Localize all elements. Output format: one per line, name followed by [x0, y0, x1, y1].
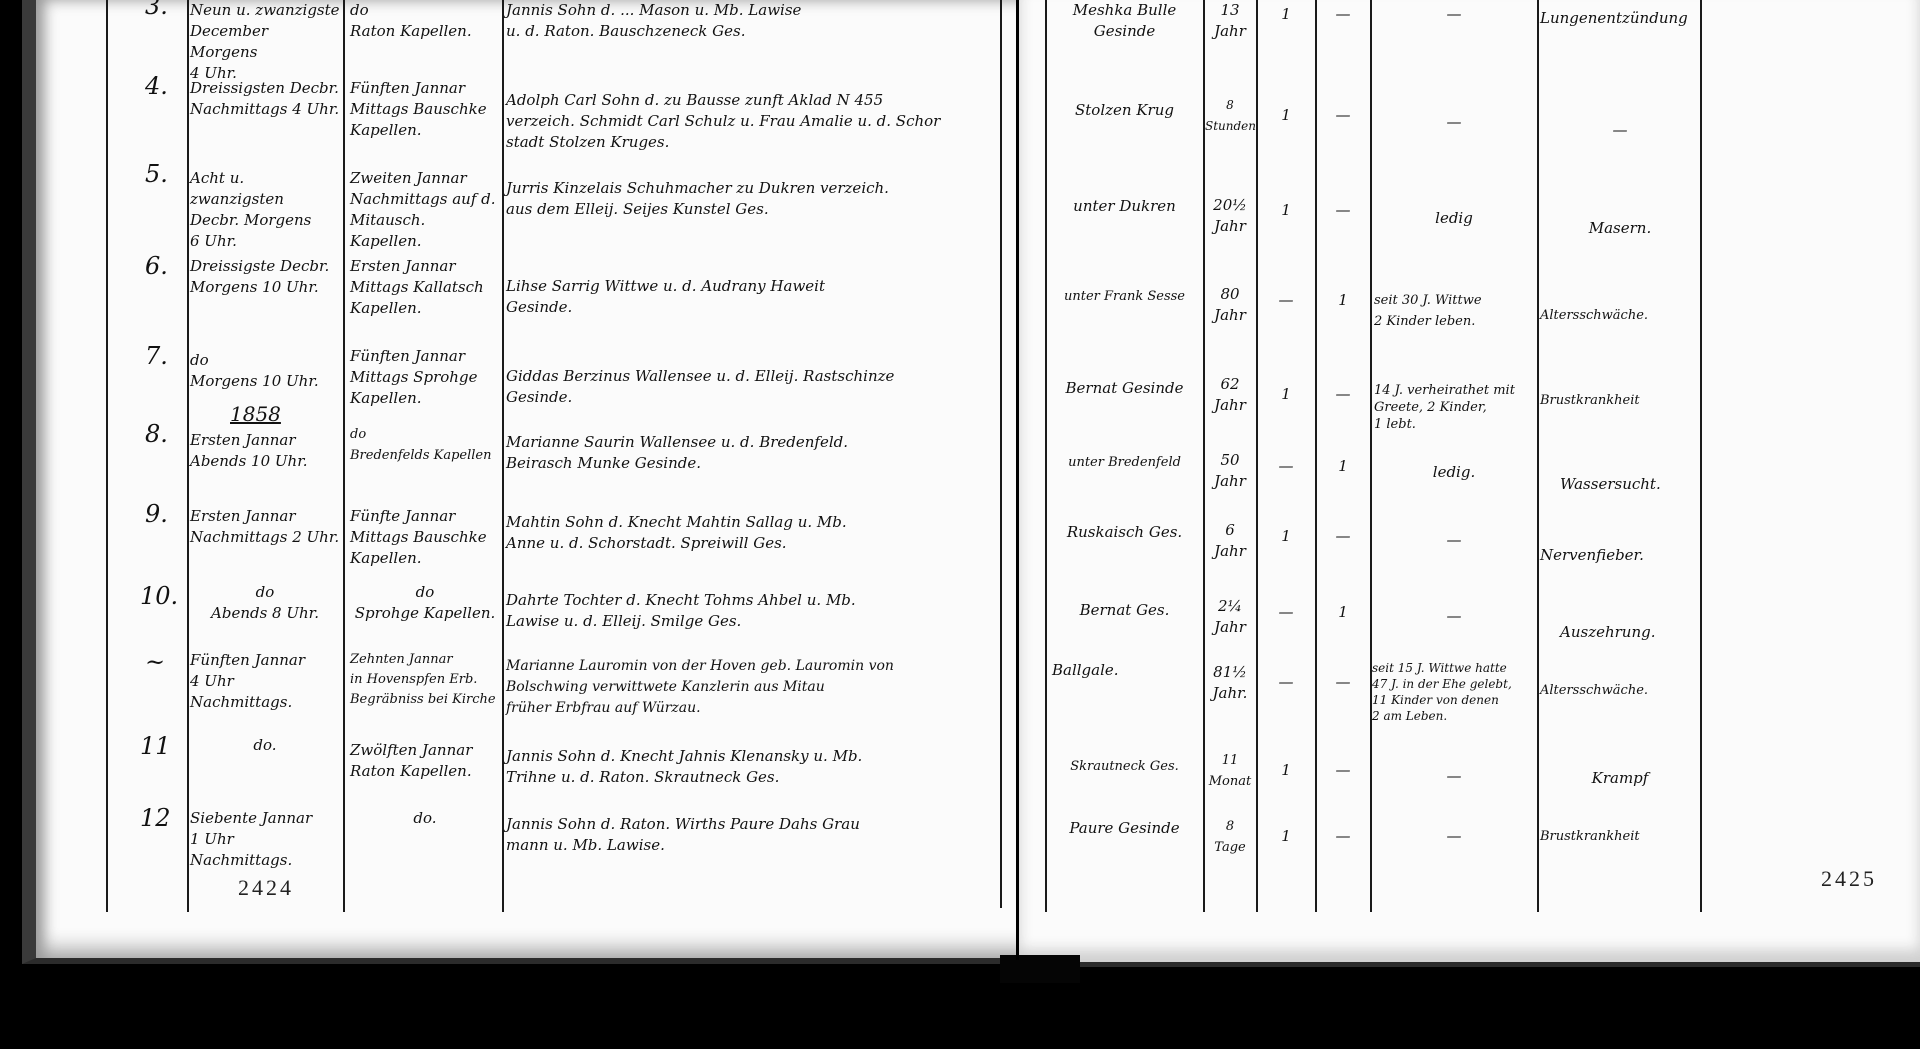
age: 50 Jahr	[1205, 450, 1255, 492]
place-of-death: unter Frank Sesse	[1047, 286, 1202, 307]
female-count: —	[1317, 4, 1369, 25]
remarks: —	[1372, 530, 1536, 551]
entry-number: 8.	[145, 420, 168, 448]
female-count: 1	[1317, 456, 1369, 477]
entry-number: 7.	[145, 342, 168, 370]
remarks: —	[1372, 826, 1536, 847]
deceased-name: Jannis Sohn d. Raton. Wirths Paure Dahs …	[506, 814, 1001, 856]
cause-of-death: Altersschwäche.	[1540, 305, 1700, 326]
burial-date: Zweiten Jannar Nachmittags auf d. Mitaus…	[350, 168, 500, 252]
place-of-death: Paure Gesinde	[1047, 818, 1202, 839]
male-count: —	[1258, 456, 1314, 477]
right-page-number: 2425	[1821, 866, 1877, 892]
entry-number: 5.	[145, 160, 168, 188]
place-of-death: Ballgale.	[1052, 660, 1202, 681]
year-marker: 1858	[230, 404, 281, 425]
male-count: 1	[1258, 826, 1314, 847]
entry-number: 3.	[145, 0, 168, 20]
cause-of-death: Krampf	[1540, 768, 1700, 789]
remarks: —	[1372, 766, 1536, 787]
age: 20½ Jahr	[1205, 195, 1255, 237]
death-date: do Abends 8 Uhr.	[190, 582, 340, 624]
female-count: —	[1317, 760, 1369, 781]
cause-of-death: Auszehrung.	[1560, 622, 1700, 643]
male-count: —	[1258, 290, 1314, 311]
burial-date: do Sprohge Kapellen.	[350, 582, 500, 624]
death-date: Dreissigsten Decbr. Nachmittags 4 Uhr.	[190, 78, 340, 120]
cause-of-death: Nervenfieber.	[1540, 545, 1700, 566]
entry-number: 9.	[145, 500, 168, 528]
burial-date: do Raton Kapellen.	[350, 0, 500, 42]
burial-date: Fünfte Jannar Mittags Bauschke Kapellen.	[350, 506, 500, 569]
female-count: 1	[1317, 290, 1369, 311]
remarks: —	[1372, 4, 1536, 25]
remarks: ledig	[1372, 208, 1536, 229]
deceased-name: Marianne Saurin Wallensee u. d. Bredenfe…	[506, 432, 1001, 474]
female-count: —	[1317, 526, 1369, 547]
entry-number: 11	[140, 732, 171, 760]
age: 8 Tage	[1205, 816, 1255, 858]
burial-date: do.	[350, 808, 500, 829]
deceased-name: Jurris Kinzelais Schuhmacher zu Dukren v…	[506, 178, 1001, 220]
remarks: —	[1372, 112, 1536, 133]
cause-of-death: Altersschwäche.	[1540, 680, 1700, 701]
female-count: —	[1317, 200, 1369, 221]
burial-date: Fünften Jannar Mittags Bauschke Kapellen…	[350, 78, 500, 141]
entry-number: ~	[145, 648, 165, 676]
male-count: 1	[1258, 105, 1314, 126]
age: 81½ Jahr.	[1205, 662, 1255, 704]
place-of-death: Meshka Bulle Gesinde	[1047, 0, 1202, 42]
entry-number: 4.	[145, 72, 168, 100]
deceased-name: Mahtin Sohn d. Knecht Mahtin Sallag u. M…	[506, 512, 1001, 554]
book-gutter-line	[1016, 0, 1019, 960]
burial-date: Ersten Jannar Mittags Kallatsch Kapellen…	[350, 256, 500, 319]
death-date: do.	[190, 735, 340, 756]
burial-date: Fünften Jannar Mittags Sprohge Kapellen.	[350, 346, 500, 409]
place-of-death: Stolzen Krug	[1047, 100, 1202, 121]
remarks: 14 J. verheirathet mit Greete, 2 Kinder,…	[1374, 382, 1538, 433]
male-count: 1	[1258, 526, 1314, 547]
place-of-death: Skrautneck Ges.	[1047, 756, 1202, 777]
age: 11 Monat	[1205, 750, 1255, 792]
column-rule	[106, 0, 108, 912]
remarks: seit 15 J. Wittwe hatte 47 J. in der Ehe…	[1372, 660, 1538, 724]
left-page-number: 2424	[238, 875, 294, 901]
place-of-death: Ruskaisch Ges.	[1047, 522, 1202, 543]
age: 80 Jahr	[1205, 284, 1255, 326]
death-date: Acht u. zwanzigsten Decbr. Morgens 6 Uhr…	[190, 168, 340, 252]
remarks: —	[1372, 606, 1536, 627]
male-count: 1	[1258, 4, 1314, 25]
age: 6 Jahr	[1205, 520, 1255, 562]
remarks: seit 30 J. Wittwe 2 Kinder leben.	[1374, 290, 1538, 332]
burial-date: do Bredenfelds Kapellen	[350, 424, 500, 466]
burial-date: Zehnten Jannar in Hovenspfen Erb. Begräb…	[350, 650, 500, 710]
female-count: —	[1317, 672, 1369, 693]
deceased-name: Jannis Sohn d. Knecht Jahnis Klenansky u…	[506, 746, 1001, 788]
deceased-name: Giddas Berzinus Wallensee u. d. Elleij. …	[506, 366, 1001, 408]
place-of-death: unter Bredenfeld	[1047, 452, 1202, 473]
cause-of-death: Wassersucht.	[1560, 474, 1700, 495]
cause-of-death: Lungenentzündung	[1540, 8, 1700, 29]
deceased-name: Jannis Sohn d. ... Mason u. Mb. Lawise u…	[506, 0, 1001, 42]
entry-number: 6.	[145, 252, 168, 280]
column-rule	[343, 0, 345, 912]
male-count: 1	[1258, 200, 1314, 221]
death-date: do Morgens 10 Uhr.	[190, 350, 340, 392]
age: 62 Jahr	[1205, 374, 1255, 416]
burial-date: Zwölften Jannar Raton Kapellen.	[350, 740, 500, 782]
place-of-death: Bernat Ges.	[1047, 600, 1202, 621]
death-date: Ersten Jannar Abends 10 Uhr.	[190, 430, 340, 472]
column-rule	[1537, 0, 1539, 912]
place-of-death: Bernat Gesinde	[1047, 378, 1202, 399]
female-count: —	[1317, 384, 1369, 405]
deceased-name: Lihse Sarrig Wittwe u. d. Audrany Haweit…	[506, 276, 1001, 318]
male-count: 1	[1258, 384, 1314, 405]
death-date: Neun u. zwanzigste December Morgens 4 Uh…	[190, 0, 340, 84]
death-date: Fünften Jannar 4 Uhr Nachmittags.	[190, 650, 340, 713]
male-count: —	[1258, 672, 1314, 693]
column-rule	[187, 0, 189, 912]
male-count: 1	[1258, 760, 1314, 781]
cause-of-death: —	[1540, 120, 1700, 141]
death-date: Siebente Jannar 1 Uhr Nachmittags.	[190, 808, 340, 871]
place-of-death: unter Dukren	[1047, 196, 1202, 217]
male-count: —	[1258, 602, 1314, 623]
age: 2¼ Jahr	[1205, 596, 1255, 638]
death-date: Dreissigste Decbr. Morgens 10 Uhr.	[190, 256, 340, 298]
book-gutter	[1000, 955, 1080, 983]
cause-of-death: Brustkrankheit	[1540, 826, 1700, 847]
deceased-name: Adolph Carl Sohn d. zu Bausse zunft Akla…	[506, 90, 1001, 153]
column-rule	[1700, 0, 1702, 912]
entry-number: 12	[140, 804, 171, 832]
entry-number: 10.	[140, 582, 178, 610]
death-date: Ersten Jannar Nachmittags 2 Uhr.	[190, 506, 340, 548]
remarks: ledig.	[1372, 462, 1536, 483]
column-rule	[502, 0, 504, 912]
age: 13 Jahr	[1205, 0, 1255, 42]
cause-of-death: Masern.	[1540, 218, 1700, 239]
female-count: —	[1317, 826, 1369, 847]
deceased-name: Marianne Lauromin von der Hoven geb. Lau…	[506, 656, 1001, 719]
age: 8 Stunden	[1205, 95, 1255, 137]
female-count: —	[1317, 105, 1369, 126]
deceased-name: Dahrte Tochter d. Knecht Tohms Ahbel u. …	[506, 590, 1001, 632]
female-count: 1	[1317, 602, 1369, 623]
cause-of-death: Brustkrankheit	[1540, 390, 1700, 411]
